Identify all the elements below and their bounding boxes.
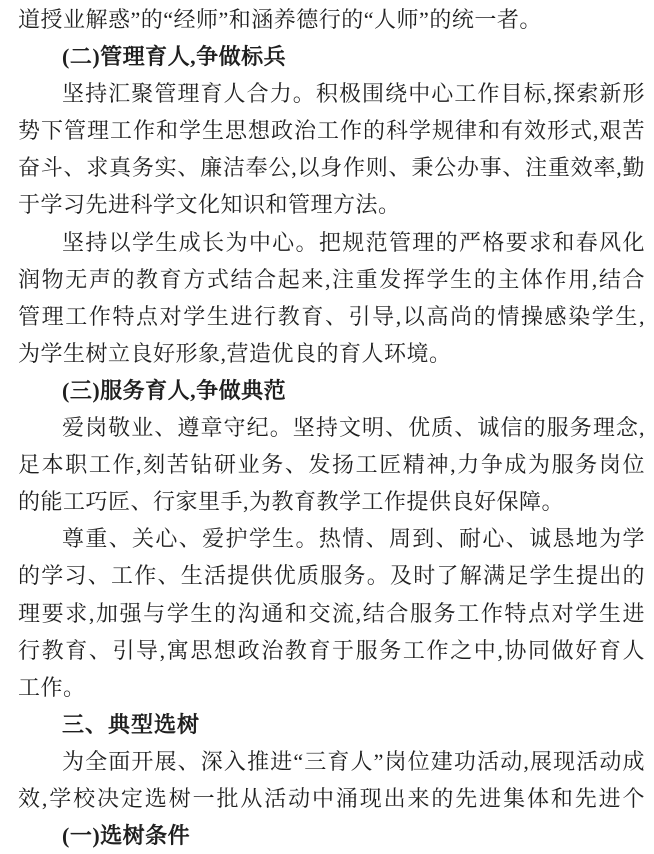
paragraph-line: 尊重、关心、爱护学生。热情、周到、耐心、诚恳地为学生 [18, 520, 645, 557]
paragraph-line: 爱岗敬业、遵章守纪。坚持文明、优质、诚信的服务理念,立 [18, 409, 645, 446]
paragraph-line: 的能工巧匠、行家里手,为教育教学工作提供良好保障。 [18, 483, 645, 520]
paragraph-line: 的学习、工作、生活提供优质服务。及时了解满足学生提出的合 [18, 557, 645, 594]
section-heading: (一)选树条件 [18, 817, 645, 854]
paragraph-line: 工作。 [18, 669, 645, 706]
paragraph-line: 润物无声的教育方式结合起来,注重发挥学生的主体作用,结合 [18, 261, 645, 298]
paragraph-line: 为全面开展、深入推进“三育人”岗位建功活动,展现活动成 [18, 743, 645, 780]
section-heading: 三、典型选树 [18, 706, 645, 743]
paragraph-line: 足本职工作,刻苦钻研业务、发扬工匠精神,力争成为服务岗位 [18, 446, 645, 483]
paragraph-line: 坚持汇聚管理育人合力。积极围绕中心工作目标,探索新形 [18, 75, 645, 112]
paragraph-line: 奋斗、求真务实、廉洁奉公,以身作则、秉公办事、注重效率,勤 [18, 149, 645, 186]
paragraph-line: 为学生树立良好形象,营造优良的育人环境。 [18, 335, 645, 372]
paragraph-line: 行教育、引导,寓思想政治教育于服务工作之中,协同做好育人 [18, 632, 645, 669]
paragraph-line: 于学习先进科学文化知识和管理方法。 [18, 186, 645, 223]
paragraph-line: 管理工作特点对学生进行教育、引导,以高尚的情操感染学生, [18, 298, 645, 335]
paragraph-line: 效,学校决定选树一批从活动中涌现出来的先进集体和先进个人。 [18, 780, 645, 817]
paragraph-line: 势下管理工作和学生思想政治工作的科学规律和有效形式,艰苦 [18, 112, 645, 149]
paragraph-line: 坚持以学生成长为中心。把规范管理的严格要求和春风化雨、 [18, 224, 645, 261]
section-heading: (三)服务育人,争做典范 [18, 372, 645, 409]
section-heading: (二)管理育人,争做标兵 [18, 38, 645, 75]
document-page: 道授业解惑”的“经师”和涵养德行的“人师”的统一者。(二)管理育人,争做标兵坚持… [0, 0, 654, 854]
paragraph-line: 理要求,加强与学生的沟通和交流,结合服务工作特点对学生进 [18, 595, 645, 632]
document-body: 道授业解惑”的“经师”和涵养德行的“人师”的统一者。(二)管理育人,争做标兵坚持… [18, 1, 645, 854]
paragraph-line: 道授业解惑”的“经师”和涵养德行的“人师”的统一者。 [18, 1, 645, 38]
